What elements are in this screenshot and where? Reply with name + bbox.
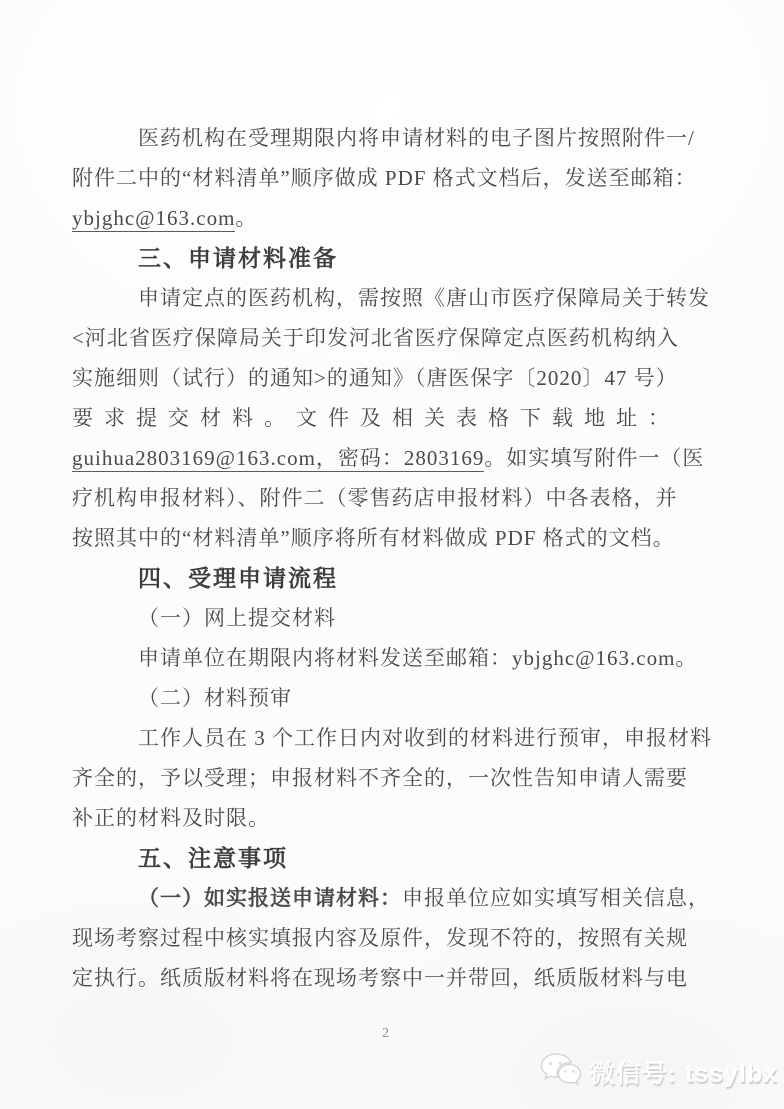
wechat-icon — [539, 1051, 583, 1094]
email-underlined: ybjghc@163.com — [72, 206, 235, 232]
paragraph-line: 补正的材料及时限。 — [72, 798, 714, 838]
subsection-heading: （一）网上提交材料 — [72, 598, 714, 638]
paragraph-line: 按照其中的“材料清单”顺序将所有材料做成 PDF 格式的文档。 — [72, 518, 714, 558]
paragraph-line: 申请定点的医药机构，需按照《唐山市医疗保障局关于转发 — [72, 278, 714, 318]
paragraph-line: 定执行。纸质版材料将在现场考察中一并带回，纸质版材料与电 — [72, 958, 714, 998]
subsection-heading: （二）材料预审 — [72, 678, 714, 718]
paragraph-line: 齐全的，予以受理；申报材料不齐全的，一次性告知申请人需要 — [72, 758, 714, 798]
document-page: 医药机构在受理期限内将申请材料的电子图片按照附件一/ 附件二中的“材料清单”顺序… — [0, 0, 784, 1109]
paragraph-line: 申请单位在期限内将材料发送至邮箱：ybjghc@163.com。 — [72, 638, 714, 678]
paragraph-line: ybjghc@163.com。 — [72, 198, 714, 238]
page-number: 2 — [0, 1026, 772, 1042]
paragraph-text: 申报单位应如实填写相关信息， — [402, 886, 710, 910]
paragraph-line: 要求提交材料。文件及相关表格下载地址： — [72, 398, 714, 438]
paragraph-line: 工作人员在 3 个工作日内对收到的材料进行预审，申报材料 — [72, 718, 714, 758]
paragraph-text: 。 — [235, 206, 257, 230]
document-body: 医药机构在受理期限内将申请材料的电子图片按照附件一/ 附件二中的“材料清单”顺序… — [72, 118, 714, 998]
watermark: 微信号: tssylbx — [539, 1050, 778, 1094]
watermark-text: 微信号: tssylbx — [590, 1054, 778, 1090]
paragraph-line: 附件二中的“材料清单”顺序做成 PDF 格式文档后，发送至邮箱： — [72, 158, 714, 198]
section-heading-4: 四、受理申请流程 — [72, 558, 714, 598]
paragraph-line: 现场考察过程中核实填报内容及原件，发现不符的，按照有关规 — [72, 918, 714, 958]
section-heading-3: 三、申请材料准备 — [72, 238, 714, 278]
section-heading-5: 五、注意事项 — [72, 838, 714, 878]
paragraph-line: 医药机构在受理期限内将申请材料的电子图片按照附件一/ — [72, 118, 714, 158]
download-address-underlined: guihua2803169@163.com，密码：2803169 — [72, 446, 484, 472]
paragraph-line: 疗机构申报材料）、附件二（零售药店申报材料）中各表格，并 — [72, 478, 714, 518]
paragraph-line: guihua2803169@163.com，密码：2803169。如实填写附件一… — [72, 438, 714, 478]
item-lead-bold: （一）如实报送申请材料： — [138, 886, 402, 910]
paragraph-line: （一）如实报送申请材料：申报单位应如实填写相关信息， — [72, 878, 714, 918]
paragraph-text: 。如实填写附件一（医 — [484, 446, 704, 470]
paragraph-line: 实施细则（试行）的通知>的通知》（唐医保字〔2020〕47 号） — [72, 358, 714, 398]
paragraph-line: <河北省医疗保障局关于印发河北省医疗保障定点医药机构纳入 — [72, 318, 714, 358]
